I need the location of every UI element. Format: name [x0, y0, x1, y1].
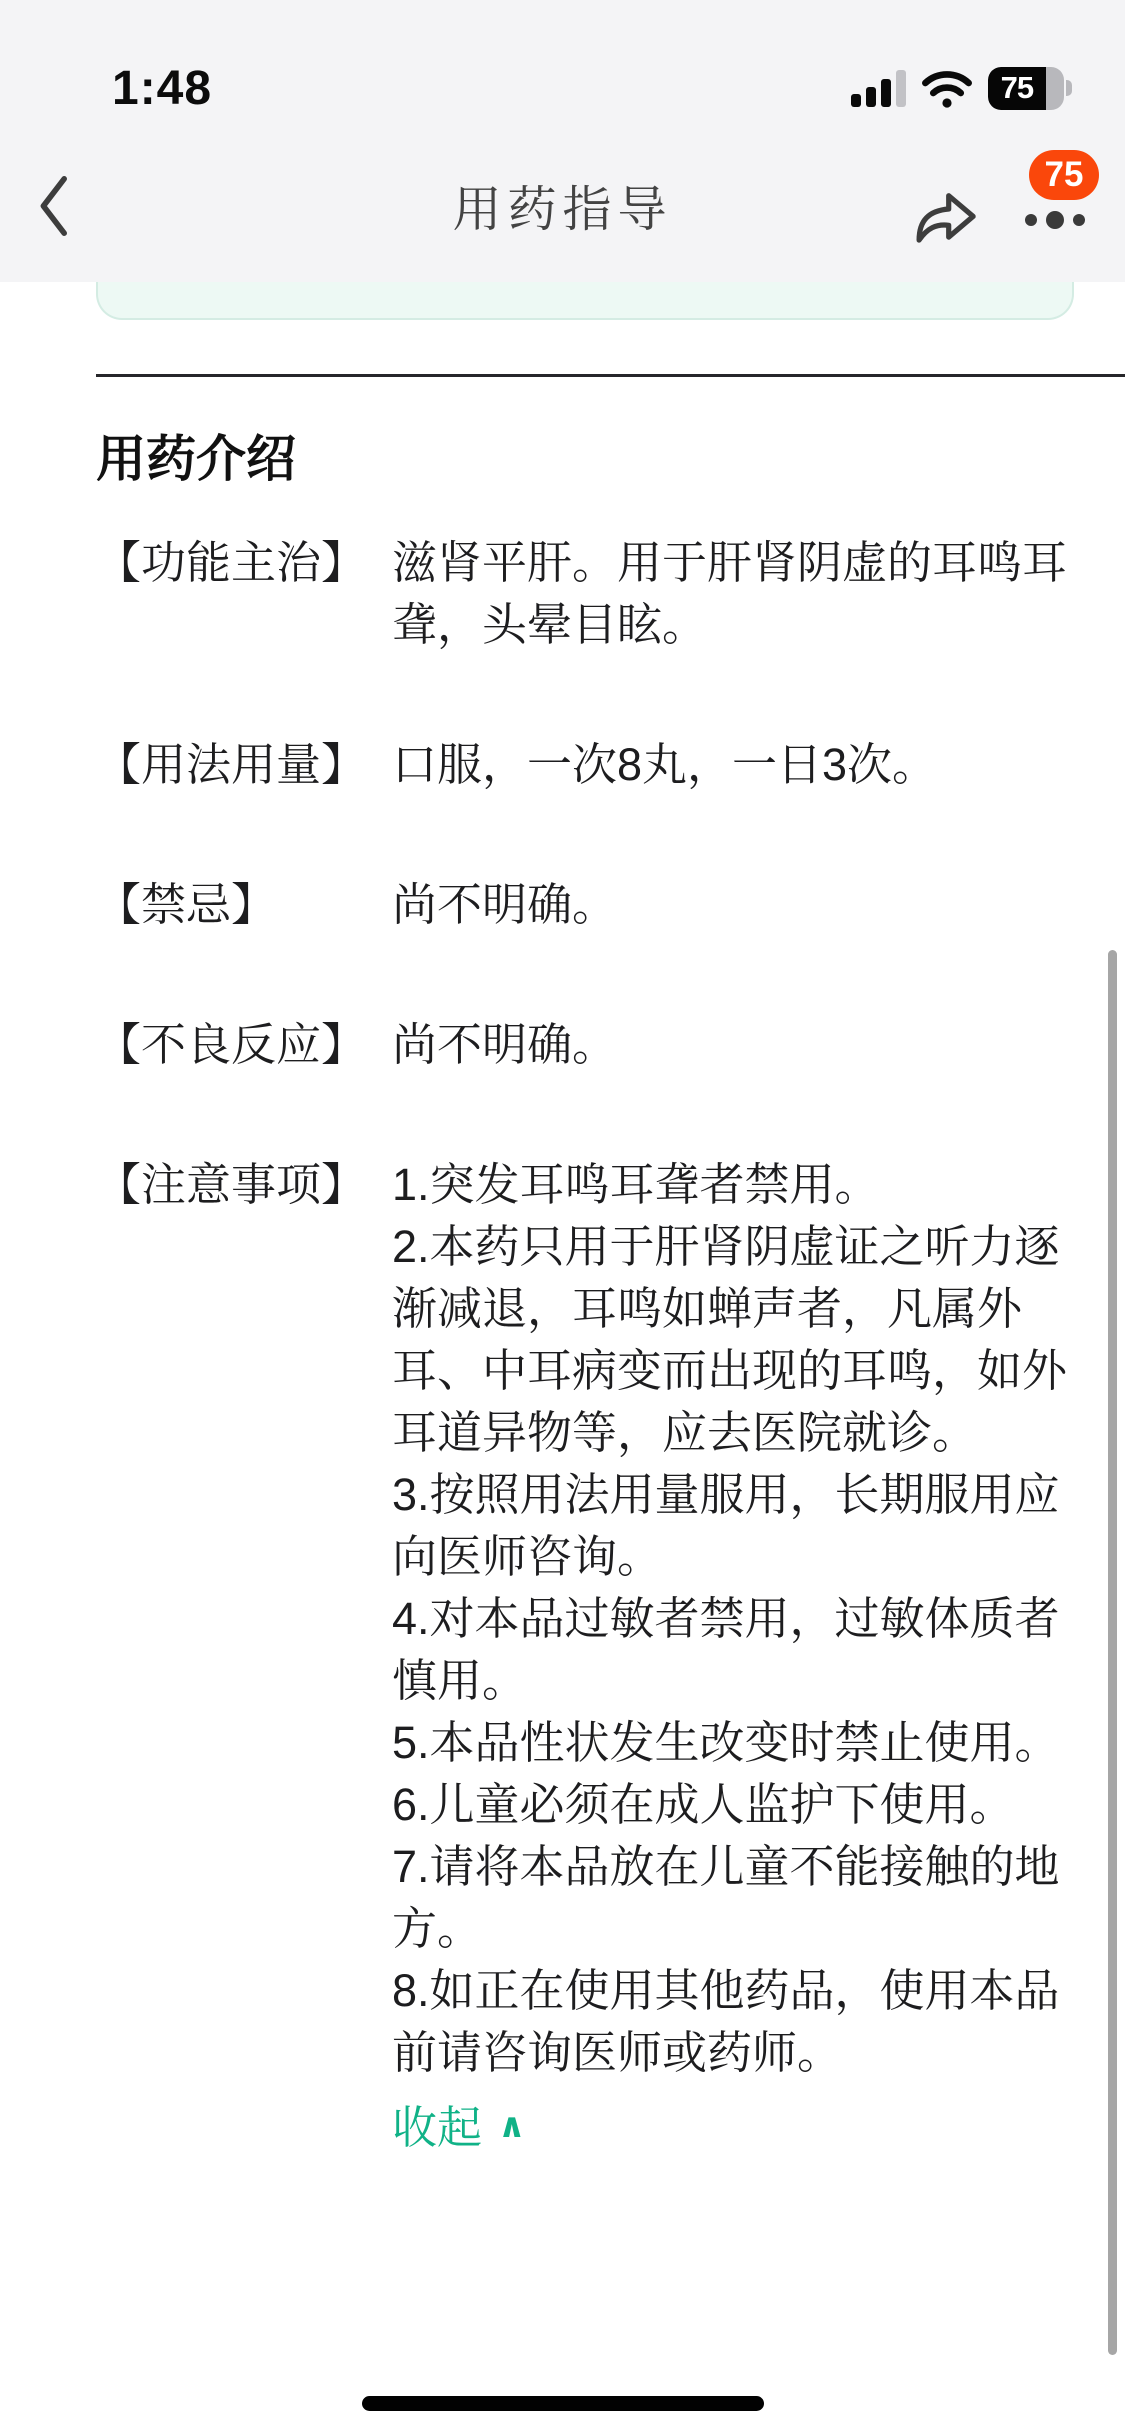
section-title: 用药介绍	[96, 432, 1125, 486]
wifi-icon	[922, 68, 972, 108]
app-screen: 1:48 75	[0, 0, 1125, 2436]
row-value: 口服，一次8丸，一日3次。	[392, 734, 1125, 796]
row-value-line: 3.按照用法用量服用，长期服用应	[392, 1464, 1125, 1526]
collapse-label: 收起	[392, 2100, 482, 2156]
row-value-line: 滋肾平肝。用于肝肾阴虚的耳鸣耳	[392, 532, 1125, 594]
home-indicator[interactable]	[362, 2396, 764, 2411]
drug-info-row: 【用法用量】口服，一次8丸，一日3次。	[96, 734, 1125, 796]
battery-level: 75	[988, 67, 1046, 110]
row-label: 【注意事项】	[96, 1154, 392, 2084]
drug-info-row: 【禁忌】尚不明确。	[96, 874, 1125, 936]
row-value-line: 耳、中耳病变而出现的耳鸣，如外	[392, 1340, 1125, 1402]
row-label: 【禁忌】	[96, 874, 392, 936]
more-button[interactable]: 75	[1015, 190, 1095, 250]
row-value-line: 尚不明确。	[392, 874, 1125, 936]
row-value-line: 2.本药只用于肝肾阴虚证之听力逐	[392, 1216, 1125, 1278]
row-value-line: 向医师咨询。	[392, 1526, 1125, 1588]
share-icon	[906, 172, 984, 246]
row-value: 尚不明确。	[392, 1014, 1125, 1076]
nav-bar: 用药指导 75	[0, 130, 1125, 282]
drug-intro-section: 用药介绍 【功能主治】滋肾平肝。用于肝肾阴虚的耳鸣耳聋，头晕目眩。【用法用量】口…	[96, 376, 1125, 2156]
row-value: 尚不明确。	[392, 874, 1125, 936]
battery-cap	[1066, 80, 1072, 96]
cellular-signal-icon	[851, 69, 906, 107]
row-value-line: 耳道异物等，应去医院就诊。	[392, 1402, 1125, 1464]
row-value-line: 尚不明确。	[392, 1014, 1125, 1076]
row-label: 【用法用量】	[96, 734, 392, 796]
status-time: 1:48	[112, 61, 212, 116]
row-value: 滋肾平肝。用于肝肾阴虚的耳鸣耳聋，头晕目眩。	[392, 532, 1125, 656]
row-value-line: 渐减退，耳鸣如蝉声者，凡属外	[392, 1278, 1125, 1340]
more-dots-icon	[1015, 200, 1095, 240]
row-value-line: 慎用。	[392, 1650, 1125, 1712]
row-value-line: 5.本品性状发生改变时禁止使用。	[392, 1712, 1125, 1774]
share-button[interactable]	[905, 170, 985, 250]
row-value: 1.突发耳鸣耳聋者禁用。2.本药只用于肝肾阴虚证之听力逐渐减退，耳鸣如蝉声者，凡…	[392, 1154, 1125, 2084]
collapse-button[interactable]: 收起 ∧	[392, 2100, 526, 2156]
scrollbar-thumb[interactable]	[1108, 950, 1117, 2355]
row-value-line: 方。	[392, 1898, 1125, 1960]
battery-percent-text: 75	[1001, 70, 1033, 106]
drug-info-row: 【注意事项】1.突发耳鸣耳聋者禁用。2.本药只用于肝肾阴虚证之听力逐渐减退，耳鸣…	[96, 1154, 1125, 2084]
info-card-partial[interactable]	[96, 282, 1074, 320]
row-label: 【不良反应】	[96, 1014, 392, 1076]
row-value-line: 前请咨询医师或药师。	[392, 2022, 1125, 2084]
status-bar: 1:48 75	[0, 46, 1125, 130]
row-value-line: 1.突发耳鸣耳聋者禁用。	[392, 1154, 1125, 1216]
status-icons: 75	[851, 67, 1072, 110]
row-value-line: 4.对本品过敏者禁用，过敏体质者	[392, 1588, 1125, 1650]
notification-badge: 75	[1029, 150, 1099, 200]
battery-icon: 75	[988, 67, 1072, 110]
row-value-line: 口服，一次8丸，一日3次。	[392, 734, 1125, 796]
drug-info-list: 【功能主治】滋肾平肝。用于肝肾阴虚的耳鸣耳聋，头晕目眩。【用法用量】口服，一次8…	[96, 532, 1125, 2084]
header: 1:48 75	[0, 0, 1125, 282]
row-label: 【功能主治】	[96, 532, 392, 656]
drug-info-row: 【功能主治】滋肾平肝。用于肝肾阴虚的耳鸣耳聋，头晕目眩。	[96, 532, 1125, 656]
row-value-line: 聋，头晕目眩。	[392, 594, 1125, 656]
collapse-caret-icon: ∧	[498, 2106, 526, 2146]
row-value-line: 8.如正在使用其他药品，使用本品	[392, 1960, 1125, 2022]
drug-info-row: 【不良反应】尚不明确。	[96, 1014, 1125, 1076]
row-value-line: 7.请将本品放在儿童不能接触的地	[392, 1836, 1125, 1898]
row-value-line: 6.儿童必须在成人监护下使用。	[392, 1774, 1125, 1836]
